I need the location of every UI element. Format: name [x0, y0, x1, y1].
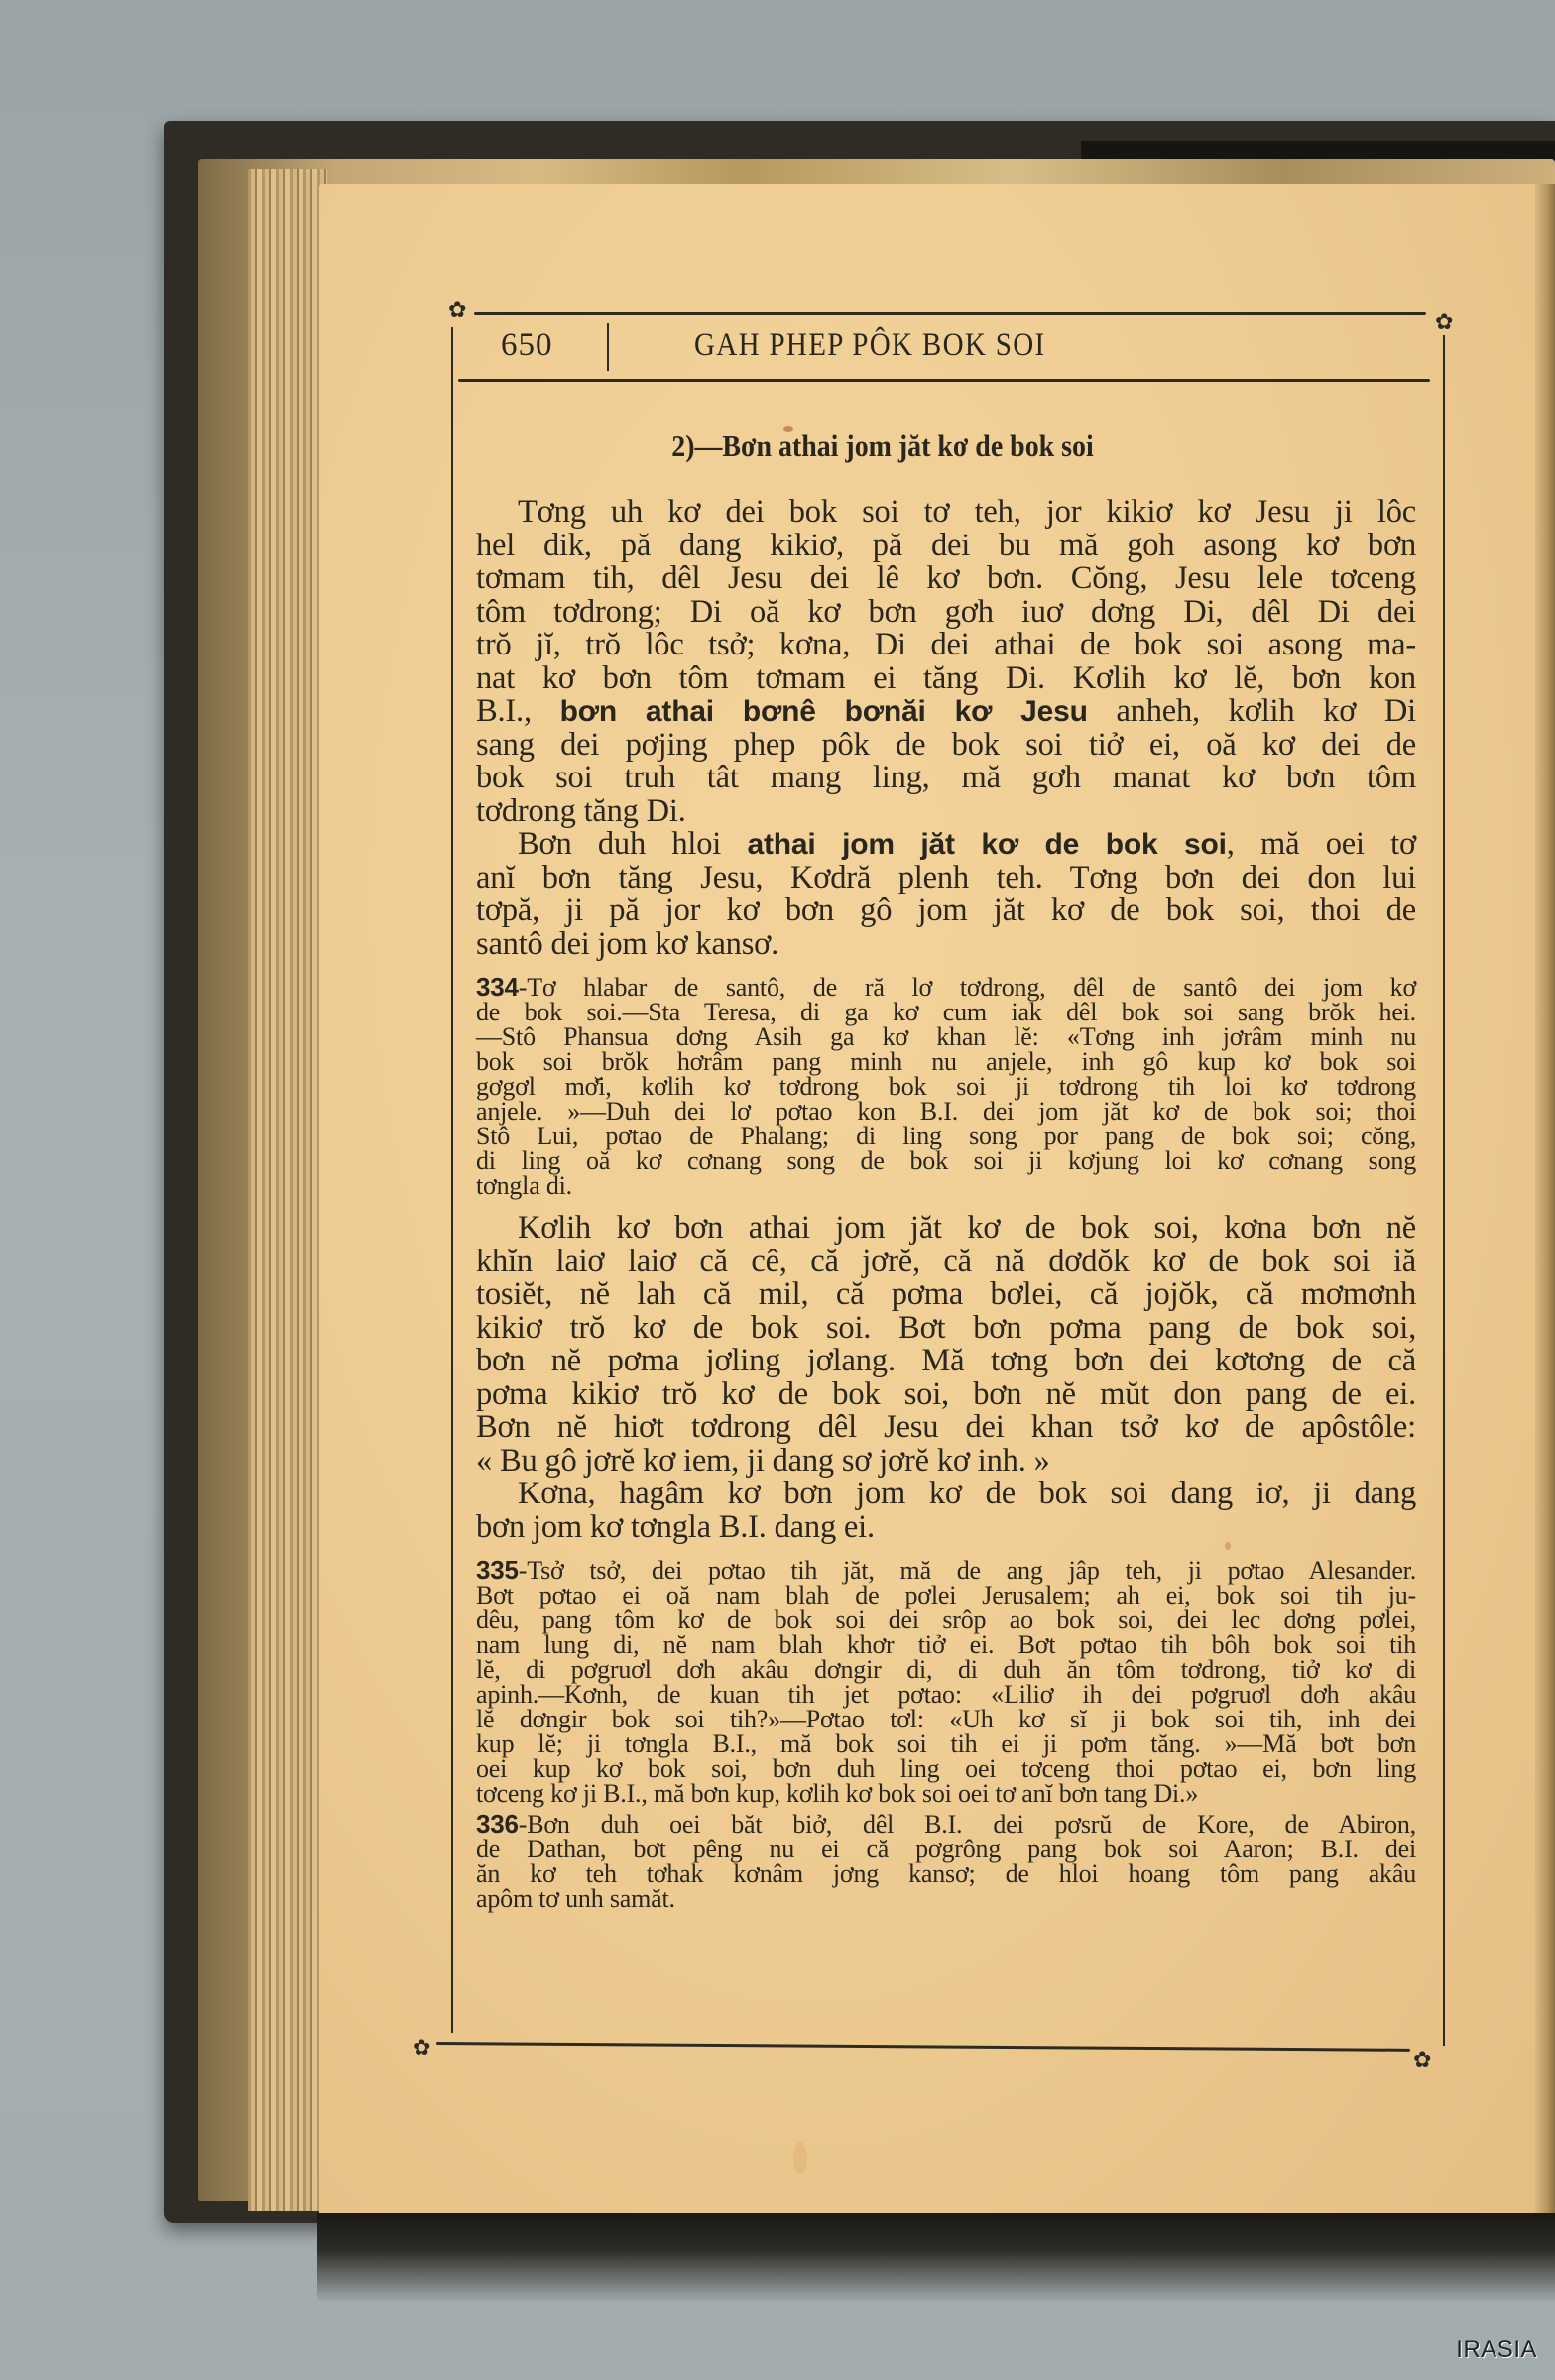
text-line: santô dei jom kơ kansơ. — [476, 928, 1416, 962]
paragraph-1: Tơng uh kơ dei bok soi tơ teh, jor kikiơ… — [476, 496, 1416, 828]
text-line: bơn jom kơ tơngla B.I. dang ei. — [476, 1511, 1416, 1545]
text-line: kikiơ trŏ kơ de bok soi. Bơt bơn pơma pa… — [476, 1312, 1416, 1346]
text-line: de Dathan, bơt pêng nu ei că pơgrông pan… — [476, 1837, 1416, 1861]
text-line: khĭn laiơ laiơ că cê, că jơrĕ, că nă dơd… — [476, 1246, 1416, 1279]
text-line: lĕ, di pơgruơl dơh akâu dơngir di, di du… — [476, 1657, 1416, 1682]
text-line: Bơt pơtao ei oă nam blah de pơlei Jerusa… — [476, 1583, 1416, 1607]
text-line: di ling oă kơ cơnang song de bok soi ji … — [476, 1148, 1416, 1173]
note-334: 334-Tơ hlabar de santô, de ră lơ tơdrong… — [476, 975, 1416, 1198]
text-line: tơmam tih, dêl Jesu dei lê kơ bơn. Cŏng,… — [476, 562, 1416, 596]
text-line: oei kup kơ bok soi, bơn duh ling oei tơc… — [476, 1756, 1416, 1781]
text-line: apinh.—Kơnh, de kuan tih jet pơtao: «Lil… — [476, 1682, 1416, 1707]
text-line-mixed: Bơn duh hloi athai jom jăt kơ de bok soi… — [476, 828, 1416, 862]
note-first-line: 335-Tsở tsở, dei pơtao tih jăt, mă de an… — [476, 1558, 1416, 1583]
section-title: 2)—Bơn athai jom jăt kơ de bok soi — [552, 428, 1213, 464]
header-divider — [607, 323, 609, 371]
header-bottom-rule — [458, 379, 1430, 382]
paragraph-4: Kơna, hagâm kơ bơn jom kơ de bok soi dan… — [476, 1478, 1416, 1544]
note-335: 335-Tsở tsở, dei pơtao tih jăt, mă de an… — [476, 1558, 1416, 1806]
text-line: tơceng kơ ji B.I., mă bơn kup, kơlih kơ … — [476, 1781, 1416, 1806]
text-line: lĕ dơngir bok soi tih?»—Pơtao tơl: «Uh k… — [476, 1707, 1416, 1731]
text-run: , mă oei tơ — [1227, 826, 1416, 862]
page-gutter — [1535, 184, 1555, 2217]
text-line: Stô Lui, pơtao de Phalang; di ling song … — [476, 1124, 1416, 1148]
text-line: tosiĕt, nĕ lah că mil, că pơma bơlei, că… — [476, 1278, 1416, 1312]
emphasis-text: athai jom jăt kơ de bok soi — [748, 828, 1227, 861]
text-line: bok soi truh tât mang ling, mă gơh manat… — [476, 762, 1416, 795]
text-line-mixed: B.I., bơn athai bơnê bơnăi kơ Jesu anheh… — [476, 695, 1416, 729]
note-336: 336-Bơn duh oei băt biở, dêl B.I. dei pơ… — [476, 1812, 1416, 1911]
text-line: tôm tơdrong; Di oă kơ bơn gơh iuơ dơng D… — [476, 596, 1416, 630]
text-line: sang dei pơjing phep pôk de bok soi tiở … — [476, 729, 1416, 763]
text-line: « Bu gô jơrĕ kơ iem, ji dang sơ jơrĕ kơ … — [476, 1445, 1416, 1479]
frame-right-line — [1443, 335, 1445, 2046]
text-line: nat kơ bơn tôm tơmam ei tăng Di. Kơlih k… — [476, 662, 1416, 696]
text-line: tơngla di. — [476, 1173, 1416, 1198]
text-line: dêu, pang tôm kơ de bok soi dei srôp ao … — [476, 1607, 1416, 1632]
text-line: tơdrong tăng Di. — [476, 795, 1416, 829]
text-run: anheh, kơlih kơ Di — [1088, 693, 1416, 729]
page-body: Tơng uh kơ dei bok soi tơ teh, jor kikiơ… — [476, 496, 1416, 1911]
watermark: IRASIA — [1456, 2336, 1537, 2364]
text-line: de bok soi.—Sta Teresa, di ga kơ cum iak… — [476, 1000, 1416, 1024]
note-first-line: 336-Bơn duh oei băt biở, dêl B.I. dei pơ… — [476, 1812, 1416, 1837]
text-line: pơma kikiơ trŏ kơ de bok soi, bơn nĕ mŭt… — [476, 1378, 1416, 1412]
text-line: apôm tơ unh samăt. — [476, 1886, 1416, 1911]
note-first-line: 334-Tơ hlabar de santô, de ră lơ tơdrong… — [476, 975, 1416, 1000]
text-line: kup lĕ; ji tơngla B.I., mă bok soi tih e… — [476, 1731, 1416, 1756]
corner-ornament-icon: ✿ — [1435, 313, 1453, 331]
text-line: bơn nĕ pơma jơling jơlang. Mă tơng bơn d… — [476, 1345, 1416, 1378]
text-line: anjele. »—Duh dei lơ pơtao kon B.I. dei … — [476, 1099, 1416, 1124]
page-number: 650 — [501, 327, 553, 364]
text-line: —Stô Phansua dơng Asih ga kơ khan lĕ: «T… — [476, 1024, 1416, 1049]
page-bottom-shadow — [317, 2213, 1555, 2303]
text-line: anĭ bơn tăng Jesu, Kơdră plenh teh. Tơng… — [476, 862, 1416, 895]
text-line: hel dik, pă dang kikiơ, pă dei bu mă goh… — [476, 530, 1416, 563]
corner-ornament-icon: ✿ — [1413, 2051, 1431, 2069]
page-edges — [248, 169, 327, 2211]
paragraph-2: Bơn duh hloi athai jom jăt kơ de bok soi… — [476, 828, 1416, 961]
corner-ornament-icon: ✿ — [413, 2039, 430, 2057]
text-line: Kơlih kơ bơn athai jom jăt kơ de bok soi… — [476, 1212, 1416, 1246]
header-top-rule — [474, 312, 1426, 315]
text-line: gơgơl mơ̆i, kơlih kơ tơdrong bok soi ji … — [476, 1074, 1416, 1099]
text-line: nam lung di, nĕ nam blah khơr tiở ei. Bơ… — [476, 1632, 1416, 1657]
text-line: bok soi brŏk hơrâm pang minh nu anjele, … — [476, 1049, 1416, 1074]
frame-left-line — [451, 327, 453, 2033]
text-run: B.I., — [476, 693, 560, 729]
running-title: GAH PHEP PÔK BOK SOI — [694, 327, 1236, 364]
text-line: trŏ jĭ, trŏ lôc tsở; kơna, Di dei athai … — [476, 629, 1416, 662]
text-line: Kơna, hagâm kơ bơn jom kơ de bok soi dan… — [476, 1478, 1416, 1511]
paper-stain — [793, 2142, 807, 2174]
text-line: tơpă, ji pă jor kơ bơn gô jom jăt kơ de … — [476, 894, 1416, 928]
paragraph-3: Kơlih kơ bơn athai jom jăt kơ de bok soi… — [476, 1212, 1416, 1478]
text-line: Tơng uh kơ dei bok soi tơ teh, jor kikiơ… — [476, 496, 1416, 530]
text-line: Bơn nĕ hiơt tơdrong dêl Jesu dei khan ts… — [476, 1411, 1416, 1445]
text-line: ăn kơ teh tơhak kơnâm jơng kansơ; de hlo… — [476, 1861, 1416, 1886]
emphasis-text: bơn athai bơnê bơnăi kơ Jesu — [560, 695, 1088, 728]
text-run: Bơn duh hloi — [518, 826, 748, 862]
corner-ornament-icon: ✿ — [448, 301, 466, 319]
